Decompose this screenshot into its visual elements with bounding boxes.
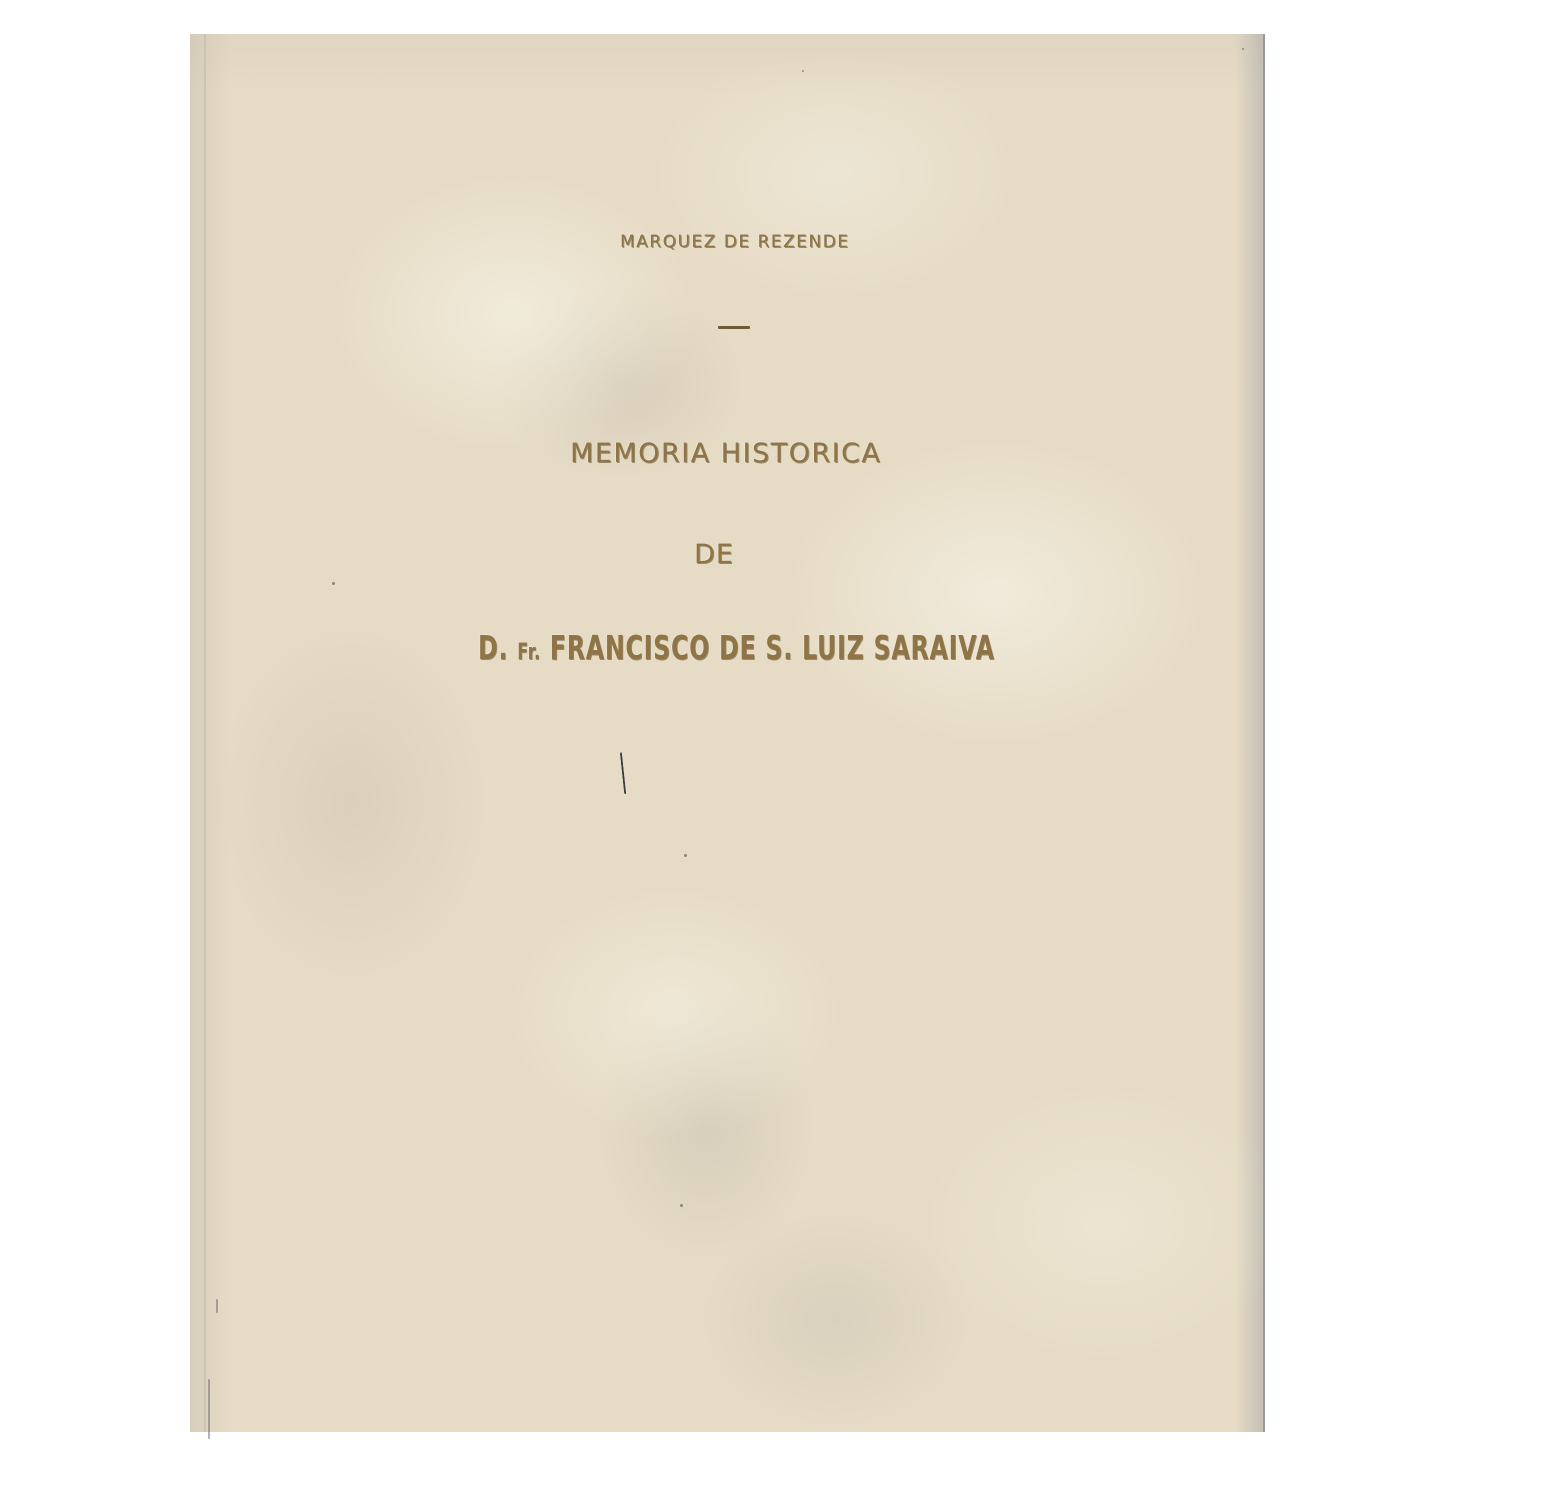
- subject-full-name: FRANCISCO DE S. LUIZ SARAIVA: [550, 628, 995, 667]
- paper-speck: [684, 854, 687, 857]
- book-cover: MARQUEZ DE REZENDE MEMORIA HISTORICA DE …: [190, 34, 1265, 1432]
- spine-fold-line: [204, 34, 206, 1432]
- subject-prefix: D.: [478, 628, 508, 667]
- subject-honorific: Fr.: [517, 640, 541, 665]
- paper-speck: [1242, 48, 1244, 50]
- separator-dash: [718, 326, 750, 329]
- paper-speck: [680, 1204, 683, 1207]
- paper-speck: [802, 70, 804, 72]
- edge-wear-mark: [208, 1379, 210, 1439]
- subject-name: D. Fr. FRANCISCO DE S. LUIZ SARAIVA: [478, 628, 995, 667]
- edge-wear-mark: [216, 1299, 218, 1313]
- author-name: MARQUEZ DE REZENDE: [620, 232, 849, 252]
- ink-mark: [620, 752, 630, 794]
- book-title: MEMORIA HISTORICA: [570, 438, 881, 469]
- paper-speck: [332, 582, 335, 585]
- title-connector: DE: [694, 539, 734, 570]
